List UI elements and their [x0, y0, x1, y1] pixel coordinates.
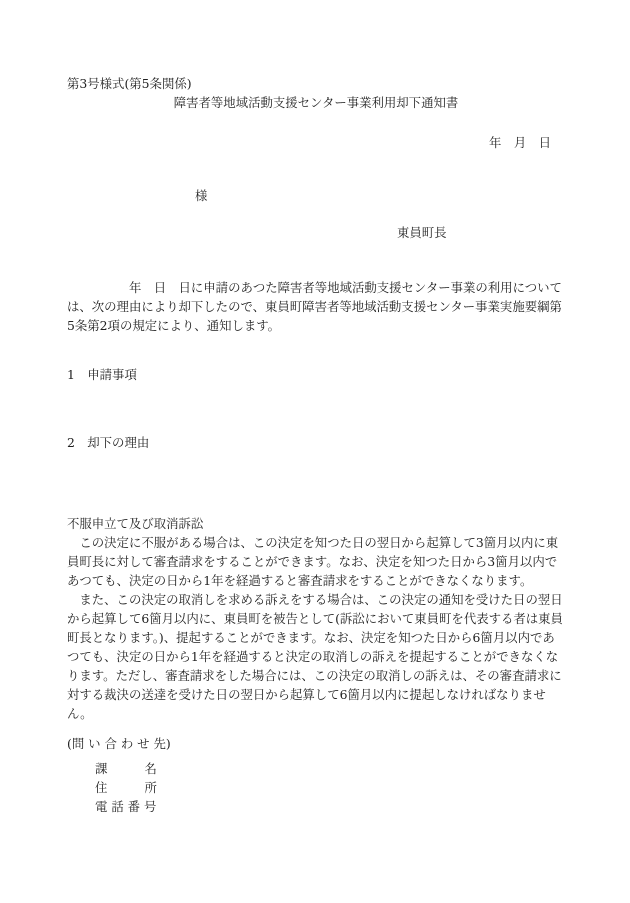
contact-row-phone-number: 電 話 番 号 — [67, 797, 565, 816]
contact-block: 課 名 住 所 電 話 番 号 — [67, 759, 565, 816]
addressee-suffix: 様 — [195, 188, 207, 203]
sender-line: 東員町長 — [67, 223, 565, 242]
notification-paragraph: 年 日 日に申請のあつた障害者等地域活動支援センター事業の利用については、次の理… — [67, 278, 565, 335]
appeal-paragraph-review-request: この決定に不服がある場合は、この決定を知つた日の翌日から起算して3箇月以内に東員… — [67, 533, 565, 590]
contact-row-division-name: 課 名 — [67, 759, 565, 778]
addressee-line: 様 — [67, 186, 565, 205]
document-page: 第3号様式(第5条関係) 障害者等地域活動支援センター事業利用却下通知書 年 月… — [0, 0, 630, 903]
date-line: 年 月 日 — [67, 133, 565, 152]
appeal-heading: 不服申立て及び取消訴訟 — [67, 514, 565, 533]
document-title: 障害者等地域活動支援センター事業利用却下通知書 — [67, 93, 565, 112]
section-application-items: 1 申請事項 — [67, 365, 565, 384]
form-number: 第3号様式(第5条関係) — [67, 74, 565, 93]
appeal-paragraph-lawsuit: また、この決定の取消しを求める訴えをする場合は、この決定の通知を受けた日の翌日か… — [67, 590, 565, 723]
section-rejection-reason: 2 却下の理由 — [67, 433, 565, 452]
contact-heading: (問 い 合 わ せ 先) — [67, 734, 565, 753]
contact-row-address: 住 所 — [67, 778, 565, 797]
